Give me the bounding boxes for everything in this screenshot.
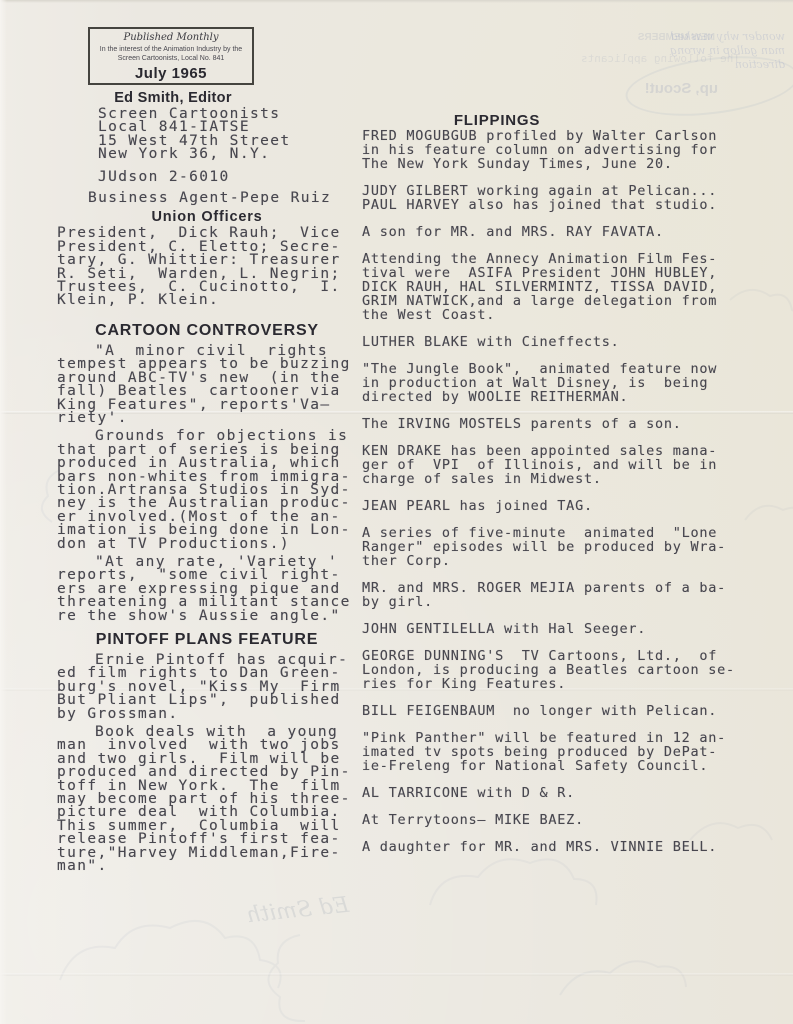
flippings-item: "The Jungle Book", animated feature now … [362, 362, 740, 404]
business-agent-line: Business Agent-Pepe Ruiz [88, 192, 357, 205]
published-monthly-line: Published Monthly [90, 32, 252, 44]
editor-line: Ed Smith, Editor [88, 90, 258, 106]
cartoon-controversy-heading: CARTOON CONTROVERSY [57, 322, 357, 340]
union-address: Screen Cartoonists Local 841-IATSE 15 We… [98, 108, 357, 162]
flippings-heading: FLIPPINGS [362, 112, 632, 129]
issue-date: July 1965 [90, 65, 252, 82]
masthead-interest-line1: In the interest of the Animation Industr… [90, 46, 252, 55]
cartoon-controversy-paragraph-1: "A minor civil rights tempest appears to… [57, 345, 357, 425]
pintoff-plans-feature-heading: PINTOFF PLANS FEATURE [57, 631, 357, 649]
cartoon-controversy-paragraph-3: "At any rate, 'Variety ' reports, "some … [57, 556, 357, 623]
flippings-item: GEORGE DUNNING'S TV Cartoons, Ltd., of L… [362, 649, 740, 691]
flippings-item: FRED MOGUBGUB profiled by Walter Carlson… [362, 129, 740, 171]
right-column: FLIPPINGS FRED MOGUBGUB profiled by Walt… [362, 112, 740, 867]
flippings-item: MR. and MRS. ROGER MEJIA parents of a ba… [362, 581, 740, 609]
bleedthrough-pencil-note: wonder why masked man gallop in wrong di… [655, 30, 785, 72]
flippings-item: LUTHER BLAKE with Cineffects. [362, 335, 740, 349]
union-officers-heading: Union Officers [57, 209, 357, 225]
flippings-item: A son for MR. and MRS. RAY FAVATA. [362, 225, 740, 239]
bleedthrough-scout-text: up, Scout! [598, 80, 718, 97]
pintoff-paragraph-1: Ernie Pintoff has acquir- ed film rights… [57, 654, 357, 721]
left-column: Screen Cartoonists Local 841-IATSE 15 We… [57, 108, 357, 874]
flippings-item: KEN DRAKE has been appointed sales mana-… [362, 444, 740, 486]
flippings-item: JOHN GENTILELLA with Hal Seeger. [362, 622, 740, 636]
masthead-interest-line2: Screen Cartoonists, Local No. 841 [90, 55, 252, 64]
flippings-item: BILL FEIGENBAUM no longer with Pelican. [362, 704, 740, 718]
fold-crease-lower [0, 973, 793, 976]
flippings-item: JUDY GILBERT working again at Pelican...… [362, 184, 740, 212]
cartoon-controversy-paragraph-2: Grounds for objections is that part of s… [57, 430, 357, 551]
union-phone: JUdson 2-6010 [98, 171, 357, 184]
bleedthrough-new-members-text: NEW MEMBERS [585, 32, 715, 43]
union-officers-list: President, Dick Rauh; Vice President, C.… [57, 227, 357, 307]
masthead-box: Published Monthly In the interest of the… [88, 27, 254, 85]
flippings-item: A series of five-minute animated "Lone R… [362, 526, 740, 568]
flippings-item: JEAN PEARL has joined TAG. [362, 499, 740, 513]
flippings-item: "Pink Panther" will be featured in 12 an… [362, 731, 740, 773]
flippings-item: A daughter for MR. and MRS. VINNIE BELL. [362, 840, 740, 854]
pintoff-paragraph-2: Book deals with a young man involved wit… [57, 726, 357, 873]
flippings-item: The IRVING MOSTELS parents of a son. [362, 417, 740, 431]
flippings-item: Attending the Annecy Animation Film Fes-… [362, 252, 740, 322]
bleedthrough-ed-smith-signature: Ed Smith [245, 893, 350, 929]
flippings-item: AL TARRICONE with D & R. [362, 786, 740, 800]
flippings-item: At Terrytoons— MIKE BAEZ. [362, 813, 740, 827]
bleedthrough-following-text: The following applicants [560, 52, 740, 65]
newsletter-page: NEW MEMBERS The following applicants up,… [0, 0, 793, 1024]
